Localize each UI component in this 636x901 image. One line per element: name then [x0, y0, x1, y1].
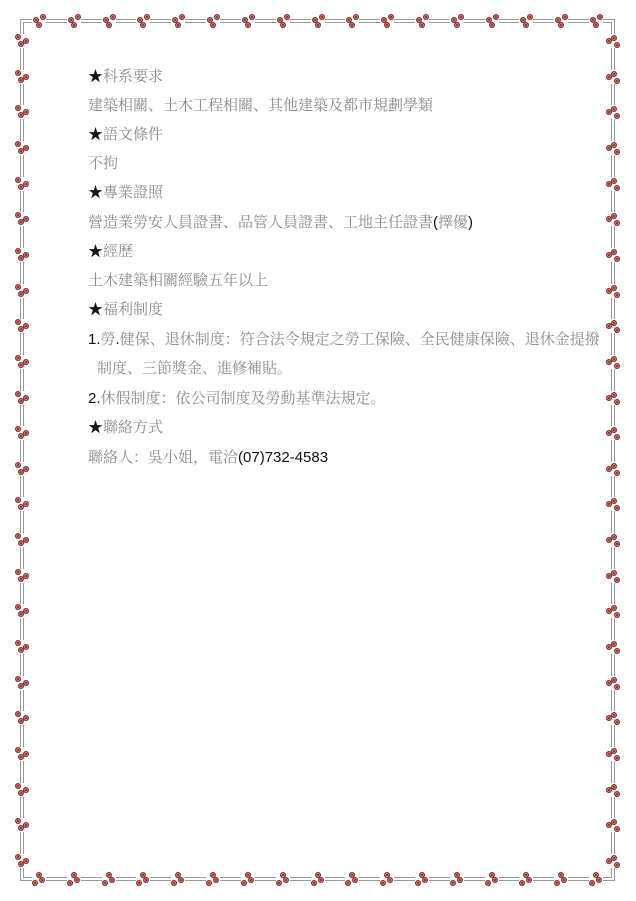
rosette-cluster-icon	[15, 248, 29, 262]
rosette-flower-icon	[241, 880, 247, 886]
rosette-flower-icon	[15, 818, 21, 824]
rosette-flower-icon	[606, 573, 612, 579]
rosette-flower-icon	[15, 141, 21, 147]
rosette-flower-icon	[214, 14, 220, 20]
star-bullet-icon: ★	[88, 420, 103, 436]
rosette-cluster-icon	[450, 872, 464, 886]
content-line: 2.休假制度：依公司制度及勞動基準法規定。	[88, 384, 593, 414]
rosette-flower-icon	[23, 181, 29, 187]
section-heading-line: ★聯絡方式	[88, 414, 593, 443]
rosette-cluster-icon	[102, 14, 116, 28]
rosette-cluster-icon	[311, 872, 325, 886]
rosette-cluster-icon	[606, 355, 620, 369]
rosette-flower-icon	[493, 14, 499, 20]
section-heading-line: ★科系要求	[88, 63, 593, 92]
rosette-flower-icon	[561, 877, 567, 883]
rosette-cluster-icon	[606, 640, 620, 654]
rosette-flower-icon	[23, 858, 29, 864]
latin-text: 1.	[88, 331, 101, 348]
rosette-flower-icon	[614, 78, 620, 84]
rosette-flower-icon	[614, 755, 620, 761]
rosette-flower-icon	[15, 248, 21, 254]
rosette-cluster-icon	[15, 747, 29, 761]
rosette-flower-icon	[489, 22, 495, 28]
rosette-flower-icon	[23, 323, 29, 329]
rosette-flower-icon	[15, 569, 21, 575]
rosette-cluster-icon	[15, 355, 29, 369]
rosette-flower-icon	[380, 880, 386, 886]
rosette-cluster-icon	[380, 14, 394, 28]
rosette-flower-icon	[15, 391, 21, 397]
rosette-cluster-icon	[345, 872, 359, 886]
rosette-flower-icon	[614, 149, 620, 155]
rosette-cluster-icon	[415, 14, 429, 28]
rosette-flower-icon	[614, 220, 620, 226]
rosette-cluster-icon	[606, 569, 620, 583]
rosette-flower-icon	[23, 252, 29, 258]
rosette-flower-icon	[614, 363, 620, 369]
rosette-flower-icon	[353, 14, 359, 20]
rosette-cluster-icon	[606, 105, 620, 119]
rosette-cluster-icon	[206, 872, 220, 886]
rosette-flower-icon	[23, 608, 29, 614]
rosette-cluster-icon	[606, 854, 620, 868]
rosette-cluster-icon	[519, 14, 533, 28]
rosette-cluster-icon	[67, 14, 81, 28]
rosette-flower-icon	[614, 42, 620, 48]
rosette-cluster-icon	[15, 818, 29, 832]
rosette-flower-icon	[32, 880, 38, 886]
rosette-flower-icon	[23, 216, 29, 222]
rosette-cluster-icon	[380, 872, 394, 886]
content-line: 建築相關、土木工程相關、其他建築及都市規劃學類	[88, 92, 593, 121]
rosette-flower-icon	[349, 22, 355, 28]
job-detail-content: ★科系要求建築相關、土木工程相關、其他建築及都市規劃學類★語文條件不拘★專業證照…	[88, 63, 593, 473]
rosette-cluster-icon	[15, 711, 29, 725]
rosette-flower-icon	[245, 22, 251, 28]
rosette-cluster-icon	[15, 569, 29, 583]
rosette-flower-icon	[319, 14, 325, 20]
content-line: 制度、三節獎金、進修補貼。	[88, 355, 593, 384]
rosette-flower-icon	[206, 880, 212, 886]
rosette-flower-icon	[558, 22, 564, 28]
content-line: 聯絡人：吳小姐，電洽(07)732-4583	[88, 443, 593, 473]
rosette-flower-icon	[315, 872, 321, 878]
rosette-cluster-icon	[606, 177, 620, 191]
rosette-flower-icon	[280, 872, 286, 878]
rosette-cluster-icon	[102, 872, 116, 886]
rosette-cluster-icon	[554, 14, 568, 28]
rosette-cluster-icon	[606, 747, 620, 761]
rosette-cluster-icon	[241, 872, 255, 886]
rosette-cluster-icon	[136, 872, 150, 886]
section-heading-line: ★經歷	[88, 238, 593, 267]
rosette-flower-icon	[15, 854, 21, 860]
rosette-flower-icon	[23, 680, 29, 686]
rosette-cluster-icon	[171, 872, 185, 886]
rosette-cluster-icon	[589, 14, 603, 28]
rosette-flower-icon	[175, 22, 181, 28]
rosette-flower-icon	[210, 22, 216, 28]
rosette-flower-icon	[614, 292, 620, 298]
rosette-flower-icon	[614, 399, 620, 405]
content-line: 不拘	[88, 150, 593, 179]
rosette-cluster-icon	[136, 14, 150, 28]
rosette-flower-icon	[15, 533, 21, 539]
rosette-flower-icon	[67, 880, 73, 886]
rosette-flower-icon	[606, 109, 612, 115]
rosette-flower-icon	[614, 113, 620, 119]
rosette-flower-icon	[23, 74, 29, 80]
rosette-flower-icon	[15, 284, 21, 290]
rosette-flower-icon	[23, 430, 29, 436]
rosette-flower-icon	[15, 783, 21, 789]
rosette-flower-icon	[15, 604, 21, 610]
rosette-cluster-icon	[15, 497, 29, 511]
rosette-flower-icon	[23, 751, 29, 757]
rosette-flower-icon	[15, 70, 21, 76]
rosette-flower-icon	[519, 880, 525, 886]
rosette-cluster-icon	[15, 70, 29, 84]
rosette-cluster-icon	[15, 783, 29, 797]
rosette-cluster-icon	[606, 70, 620, 84]
rosette-flower-icon	[526, 877, 532, 883]
section-heading-line: ★福利制度	[88, 296, 593, 325]
rosette-flower-icon	[15, 640, 21, 646]
rosette-cluster-icon	[606, 604, 620, 618]
rosette-cluster-icon	[15, 284, 29, 298]
rosette-flower-icon	[140, 22, 146, 28]
rosette-flower-icon	[614, 719, 620, 725]
rosette-flower-icon	[419, 872, 425, 878]
rosette-flower-icon	[606, 751, 612, 757]
content-line: 1.勞.健保、退休制度：符合法令規定之勞工保險、全民健康保險、退休金提撥	[88, 325, 593, 355]
rosette-flower-icon	[523, 22, 529, 28]
latin-text: (07)732-4583	[238, 449, 328, 466]
rosette-cluster-icon	[15, 212, 29, 226]
rosette-flower-icon	[23, 715, 29, 721]
rosette-cluster-icon	[15, 604, 29, 618]
rosette-flower-icon	[485, 880, 491, 886]
rosette-cluster-icon	[15, 676, 29, 690]
rosette-cluster-icon	[345, 14, 359, 28]
rosette-flower-icon	[454, 22, 460, 28]
rosette-cluster-icon	[15, 34, 29, 48]
rosette-flower-icon	[15, 212, 21, 218]
rosette-cluster-icon	[415, 872, 429, 886]
content-line: 營造業勞安人員證書、品管人員證書、工地主任證書(擇優)	[88, 208, 593, 238]
rosette-flower-icon	[15, 497, 21, 503]
rosette-cluster-icon	[606, 462, 620, 476]
rosette-flower-icon	[606, 680, 612, 686]
rosette-flower-icon	[144, 14, 150, 20]
rosette-cluster-icon	[606, 319, 620, 333]
rosette-flower-icon	[606, 288, 612, 294]
rosette-cluster-icon	[606, 497, 620, 511]
rosette-flower-icon	[606, 787, 612, 793]
rosette-flower-icon	[345, 880, 351, 886]
rosette-flower-icon	[606, 430, 612, 436]
rosette-cluster-icon	[606, 141, 620, 155]
rosette-cluster-icon	[32, 872, 46, 886]
rosette-cluster-icon	[241, 14, 255, 28]
star-bullet-icon: ★	[88, 302, 103, 318]
rosette-flower-icon	[458, 14, 464, 20]
star-bullet-icon: ★	[88, 69, 103, 85]
rosette-cluster-icon	[276, 14, 290, 28]
rosette-cluster-icon	[15, 462, 29, 476]
rosette-flower-icon	[606, 145, 612, 151]
rosette-cluster-icon	[276, 872, 290, 886]
rosette-flower-icon	[102, 880, 108, 886]
rosette-flower-icon	[23, 145, 29, 151]
rosette-flower-icon	[606, 359, 612, 365]
rosette-flower-icon	[593, 22, 599, 28]
rosette-cluster-icon	[15, 391, 29, 405]
rosette-flower-icon	[419, 22, 425, 28]
rosette-cluster-icon	[206, 14, 220, 28]
rosette-flower-icon	[23, 38, 29, 44]
rosette-flower-icon	[15, 426, 21, 432]
rosette-cluster-icon	[15, 426, 29, 440]
rosette-flower-icon	[593, 872, 599, 878]
rosette-flower-icon	[596, 877, 602, 883]
section-heading-line: ★語文條件	[88, 121, 593, 150]
rosette-flower-icon	[15, 105, 21, 111]
latin-text: (	[433, 214, 438, 231]
rosette-cluster-icon	[171, 14, 185, 28]
rosette-flower-icon	[71, 22, 77, 28]
rosette-flower-icon	[36, 872, 42, 878]
star-bullet-icon: ★	[88, 127, 103, 143]
rosette-flower-icon	[415, 880, 421, 886]
rosette-flower-icon	[110, 14, 116, 20]
rosette-flower-icon	[40, 14, 46, 20]
rosette-flower-icon	[276, 880, 282, 886]
rosette-flower-icon	[614, 541, 620, 547]
rosette-flower-icon	[423, 14, 429, 20]
rosette-flower-icon	[614, 327, 620, 333]
rosette-flower-icon	[614, 434, 620, 440]
rosette-flower-icon	[71, 872, 77, 878]
content-line: 土木建築相關經驗五年以上	[88, 267, 593, 296]
rosette-cluster-icon	[485, 872, 499, 886]
rosette-flower-icon	[606, 644, 612, 650]
rosette-cluster-icon	[606, 284, 620, 298]
rosette-flower-icon	[179, 14, 185, 20]
rosette-cluster-icon	[606, 818, 620, 832]
rosette-flower-icon	[15, 319, 21, 325]
rosette-flower-icon	[606, 38, 612, 44]
rosette-flower-icon	[136, 880, 142, 886]
rosette-flower-icon	[23, 288, 29, 294]
rosette-flower-icon	[39, 877, 45, 883]
rosette-flower-icon	[15, 177, 21, 183]
rosette-cluster-icon	[589, 872, 603, 886]
rosette-flower-icon	[606, 822, 612, 828]
rosette-flower-icon	[606, 252, 612, 258]
rosette-flower-icon	[23, 787, 29, 793]
rosette-flower-icon	[606, 74, 612, 80]
rosette-flower-icon	[606, 501, 612, 507]
rosette-flower-icon	[589, 880, 595, 886]
rosette-cluster-icon	[606, 34, 620, 48]
rosette-cluster-icon	[15, 177, 29, 191]
rosette-flower-icon	[23, 109, 29, 115]
rosette-cluster-icon	[15, 141, 29, 155]
rosette-flower-icon	[606, 537, 612, 543]
rosette-flower-icon	[15, 462, 21, 468]
rosette-cluster-icon	[606, 391, 620, 405]
rosette-flower-icon	[527, 14, 533, 20]
rosette-flower-icon	[178, 877, 184, 883]
rosette-flower-icon	[311, 880, 317, 886]
rosette-cluster-icon	[15, 319, 29, 333]
rosette-cluster-icon	[67, 872, 81, 886]
latin-text: )	[468, 214, 473, 231]
rosette-flower-icon	[23, 359, 29, 365]
rosette-flower-icon	[315, 22, 321, 28]
rosette-cluster-icon	[606, 248, 620, 262]
rosette-cluster-icon	[606, 426, 620, 440]
rosette-flower-icon	[554, 880, 560, 886]
rosette-flower-icon	[614, 505, 620, 511]
rosette-flower-icon	[75, 14, 81, 20]
rosette-cluster-icon	[519, 872, 533, 886]
rosette-flower-icon	[106, 872, 112, 878]
rosette-cluster-icon	[554, 872, 568, 886]
rosette-flower-icon	[614, 648, 620, 654]
rosette-flower-icon	[606, 858, 612, 864]
rosette-flower-icon	[387, 877, 393, 883]
rosette-flower-icon	[606, 395, 612, 401]
rosette-flower-icon	[15, 747, 21, 753]
rosette-flower-icon	[388, 14, 394, 20]
rosette-flower-icon	[36, 22, 42, 28]
rosette-flower-icon	[171, 880, 177, 886]
rosette-flower-icon	[450, 880, 456, 886]
rosette-flower-icon	[384, 22, 390, 28]
rosette-flower-icon	[614, 256, 620, 262]
rosette-cluster-icon	[485, 14, 499, 28]
rosette-cluster-icon	[32, 14, 46, 28]
rosette-flower-icon	[23, 644, 29, 650]
rosette-flower-icon	[15, 355, 21, 361]
rosette-flower-icon	[422, 877, 428, 883]
latin-text: 2.	[88, 390, 101, 407]
latin-text: .	[116, 331, 120, 348]
rosette-flower-icon	[23, 573, 29, 579]
rosette-cluster-icon	[15, 533, 29, 547]
rosette-flower-icon	[606, 181, 612, 187]
rosette-flower-icon	[606, 216, 612, 222]
rosette-flower-icon	[23, 822, 29, 828]
rosette-cluster-icon	[15, 640, 29, 654]
rosette-flower-icon	[23, 501, 29, 507]
rosette-flower-icon	[106, 22, 112, 28]
rosette-flower-icon	[597, 14, 603, 20]
rosette-flower-icon	[614, 470, 620, 476]
rosette-flower-icon	[606, 466, 612, 472]
star-bullet-icon: ★	[88, 244, 103, 260]
rosette-flower-icon	[280, 22, 286, 28]
rosette-flower-icon	[15, 676, 21, 682]
rosette-flower-icon	[454, 872, 460, 878]
rosette-flower-icon	[614, 577, 620, 583]
rosette-flower-icon	[23, 395, 29, 401]
rosette-flower-icon	[245, 872, 251, 878]
rosette-cluster-icon	[606, 533, 620, 547]
rosette-flower-icon	[213, 877, 219, 883]
rosette-cluster-icon	[311, 14, 325, 28]
rosette-cluster-icon	[450, 14, 464, 28]
rosette-flower-icon	[23, 466, 29, 472]
rosette-flower-icon	[352, 877, 358, 883]
rosette-flower-icon	[284, 14, 290, 20]
rosette-flower-icon	[143, 877, 149, 883]
rosette-flower-icon	[614, 185, 620, 191]
rosette-flower-icon	[15, 711, 21, 717]
rosette-flower-icon	[23, 537, 29, 543]
rosette-flower-icon	[249, 14, 255, 20]
rosette-cluster-icon	[15, 854, 29, 868]
rosette-flower-icon	[606, 323, 612, 329]
rosette-flower-icon	[15, 34, 21, 40]
rosette-flower-icon	[614, 826, 620, 832]
document-page: { "page": { "background": "#ffffff" }, "…	[0, 0, 636, 901]
rosette-flower-icon	[614, 791, 620, 797]
rosette-flower-icon	[614, 612, 620, 618]
rosette-flower-icon	[562, 14, 568, 20]
rosette-cluster-icon	[15, 105, 29, 119]
rosette-flower-icon	[606, 715, 612, 721]
rosette-cluster-icon	[606, 676, 620, 690]
rosette-cluster-icon	[606, 783, 620, 797]
rosette-flower-icon	[606, 608, 612, 614]
rosette-cluster-icon	[606, 711, 620, 725]
star-bullet-icon: ★	[88, 185, 103, 201]
rosette-flower-icon	[489, 872, 495, 878]
rosette-cluster-icon	[606, 212, 620, 226]
rosette-flower-icon	[614, 862, 620, 868]
section-heading-line: ★專業證照	[88, 179, 593, 208]
rosette-flower-icon	[614, 684, 620, 690]
